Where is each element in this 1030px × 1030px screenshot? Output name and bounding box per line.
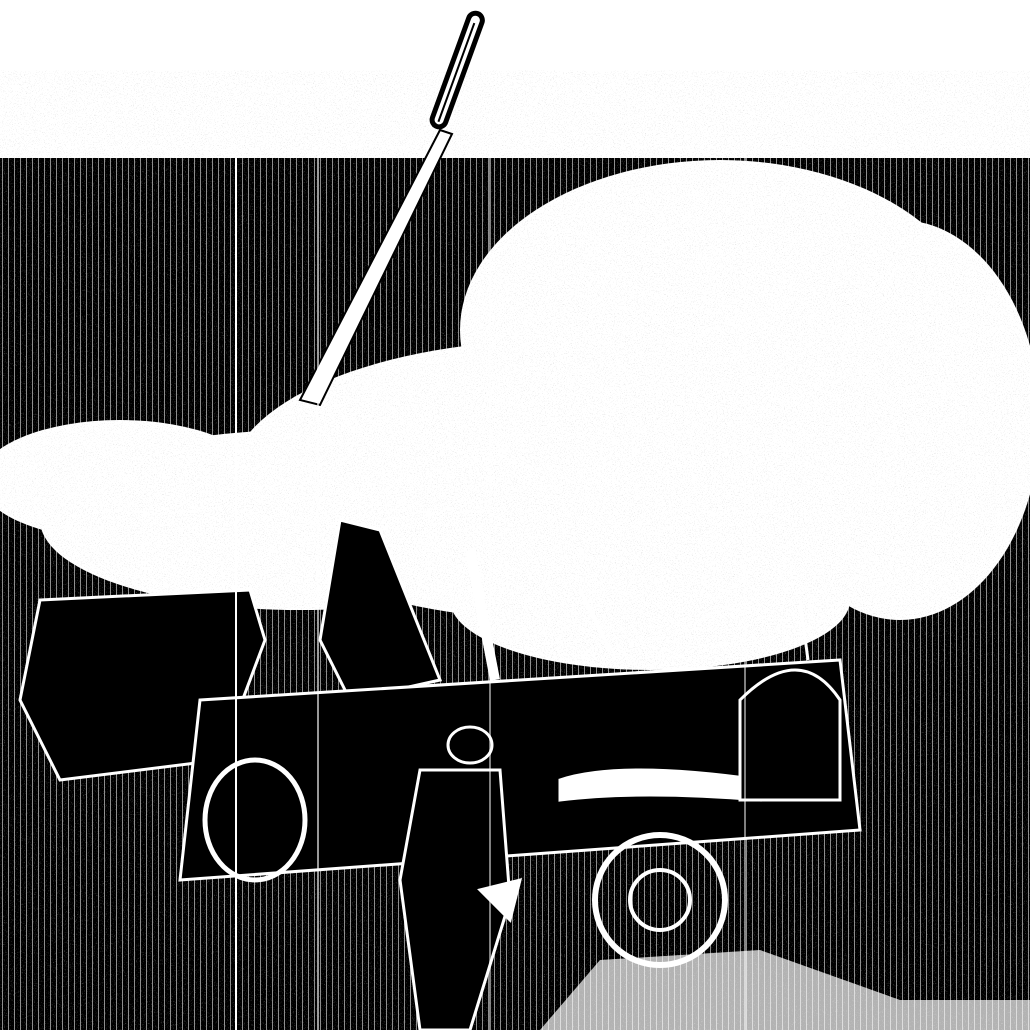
- sky: [0, 0, 1030, 160]
- helmet: [448, 727, 492, 763]
- photograph: [0, 0, 1030, 1030]
- cab: [740, 670, 840, 800]
- rocket-launch-photo: [0, 0, 1030, 1030]
